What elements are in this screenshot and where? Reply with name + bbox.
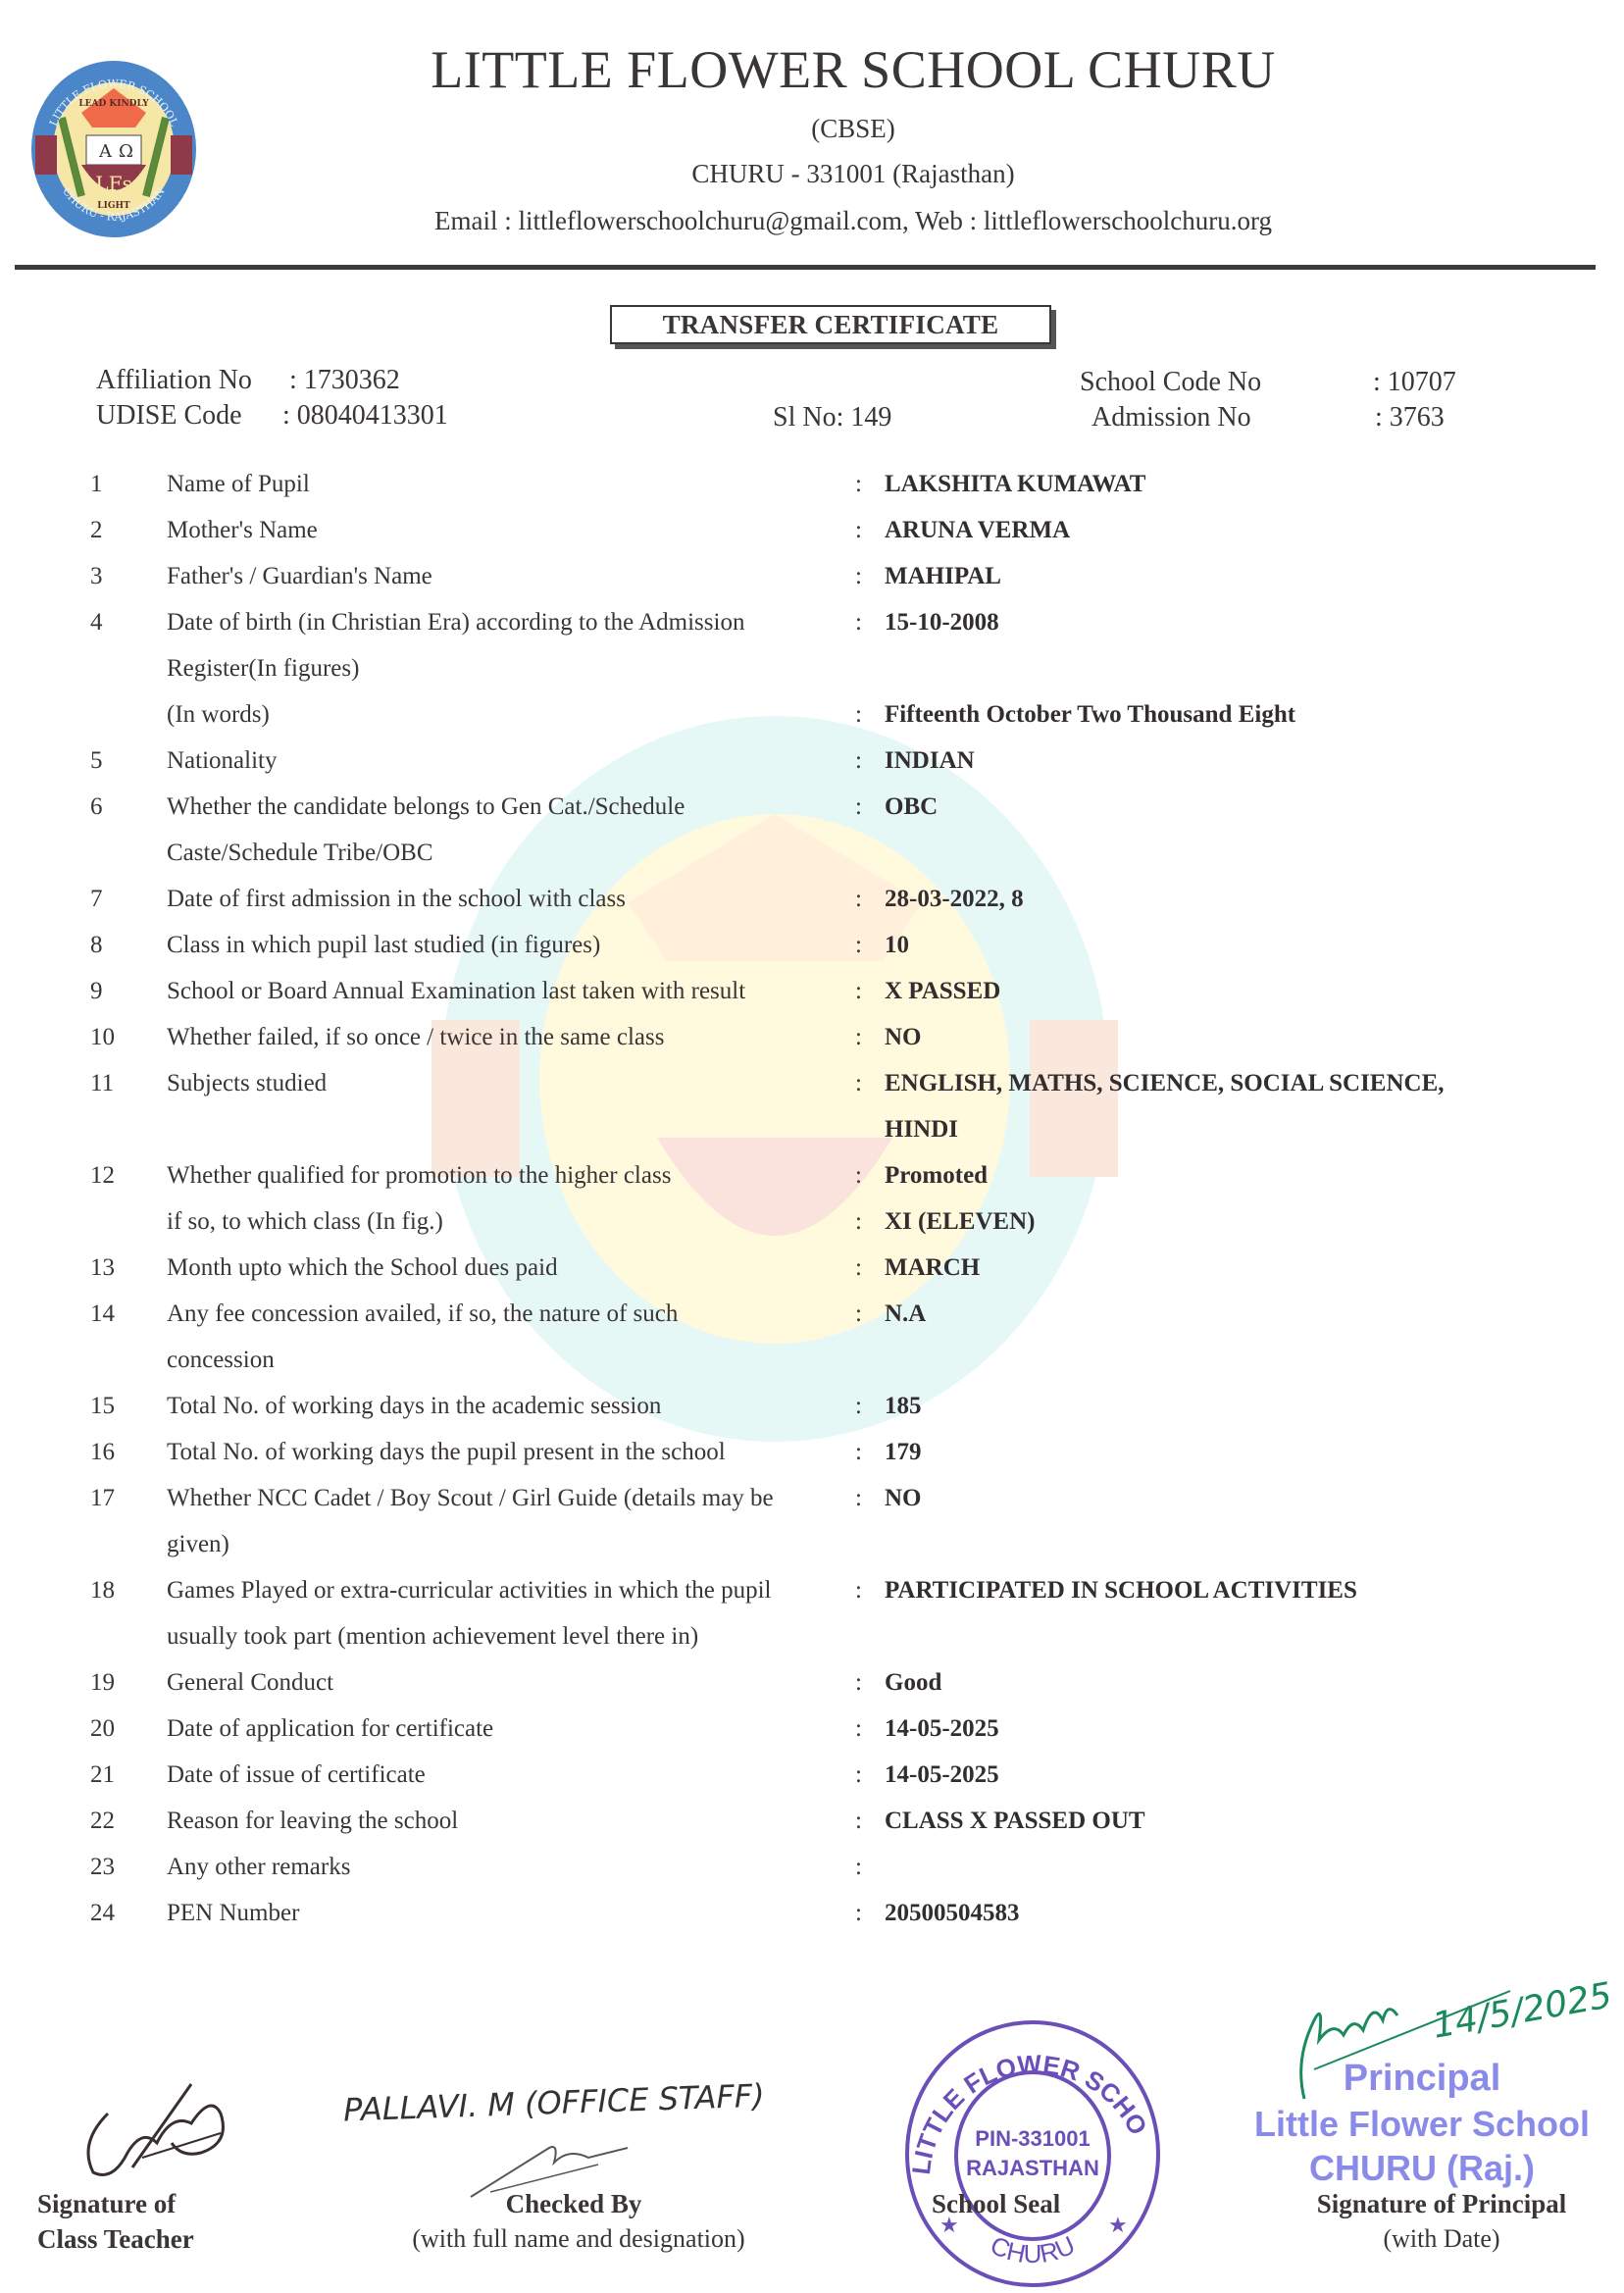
- field-label-continuation: Register(In figures): [167, 655, 873, 683]
- field-label: Games Played or extra-curricular activit…: [167, 1577, 873, 1605]
- field-value: ARUNA VERMA: [885, 517, 1551, 544]
- field-label: Any fee concession availed, if so, the n…: [167, 1300, 873, 1328]
- field-separator: :: [855, 932, 862, 959]
- field-separator: :: [855, 1162, 862, 1190]
- field-label: Nationality: [167, 747, 873, 775]
- field-row-continuation: Register(In figures): [90, 655, 1542, 701]
- field-number: 7: [90, 886, 149, 913]
- field-value: CLASS X PASSED OUT: [885, 1808, 1551, 1835]
- field-number: 14: [90, 1300, 149, 1328]
- svg-text:LITTLE FLOWER SCHOOL: LITTLE FLOWER SCHOOL: [900, 2018, 1153, 2176]
- field-number: 8: [90, 932, 149, 959]
- field-row: 24PEN Number:20500504583: [90, 1900, 1542, 1946]
- field-label-continuation: given): [167, 1531, 873, 1558]
- field-row: 19General Conduct:Good: [90, 1669, 1542, 1715]
- field-number: 2: [90, 517, 149, 544]
- field-number: 24: [90, 1900, 149, 1927]
- field-separator: :: [855, 1208, 862, 1236]
- field-value: 10: [885, 932, 1551, 959]
- principal-stamp-school: Little Flower School: [1241, 2104, 1603, 2145]
- field-row: 21Date of issue of certificate:14-05-202…: [90, 1761, 1542, 1808]
- field-row-continuation: usually took part (mention achievement l…: [90, 1623, 1542, 1669]
- field-label: Whether NCC Cadet / Boy Scout / Girl Gui…: [167, 1485, 873, 1512]
- field-value: MAHIPAL: [885, 563, 1551, 590]
- field-label: Date of birth (in Christian Era) accordi…: [167, 609, 873, 637]
- field-value: X PASSED: [885, 978, 1551, 1005]
- field-value: 14-05-2025: [885, 1761, 1551, 1789]
- school-contact: Email : littleflowerschoolchuru@gmail.co…: [0, 206, 1624, 236]
- field-value: PARTICIPATED IN SCHOOL ACTIVITIES: [885, 1577, 1551, 1605]
- field-number: 9: [90, 978, 149, 1005]
- field-separator: :: [855, 1854, 862, 1881]
- field-row: if so, to which class (In fig.):XI (ELEV…: [90, 1208, 1542, 1254]
- class-teacher-label-2: Class Teacher: [37, 2224, 194, 2255]
- field-label: Total No. of working days in the academi…: [167, 1393, 873, 1420]
- field-label: Whether failed, if so once / twice in th…: [167, 1024, 873, 1051]
- field-row: 22Reason for leaving the school:CLASS X …: [90, 1808, 1542, 1854]
- field-row: 11Subjects studied:ENGLISH, MATHS, SCIEN…: [90, 1070, 1542, 1116]
- field-value: 14-05-2025: [885, 1715, 1551, 1743]
- field-label: Date of first admission in the school wi…: [167, 886, 873, 913]
- field-label: Date of issue of certificate: [167, 1761, 873, 1789]
- field-label: Class in which pupil last studied (in fi…: [167, 932, 873, 959]
- svg-text:CHURU: CHURU: [986, 2230, 1079, 2268]
- field-row: 14Any fee concession availed, if so, the…: [90, 1300, 1542, 1347]
- field-value: NO: [885, 1024, 1551, 1051]
- field-label: School or Board Annual Examination last …: [167, 978, 873, 1005]
- field-value: 15-10-2008: [885, 609, 1551, 637]
- field-value: MARCH: [885, 1254, 1551, 1282]
- udise-value: : 08040413301: [282, 400, 448, 432]
- field-label-continuation: usually took part (mention achievement l…: [167, 1623, 873, 1651]
- field-row: 2Mother's Name:ARUNA VERMA: [90, 517, 1542, 563]
- field-row: 17Whether NCC Cadet / Boy Scout / Girl G…: [90, 1485, 1542, 1531]
- field-value: OBC: [885, 793, 1551, 821]
- field-separator: :: [855, 701, 862, 729]
- field-row: 3Father's / Guardian's Name:MAHIPAL: [90, 563, 1542, 609]
- field-number: 15: [90, 1393, 149, 1420]
- field-value: N.A: [885, 1300, 1551, 1328]
- field-row: 18Games Played or extra-curricular activ…: [90, 1577, 1542, 1623]
- class-teacher-signature: [74, 2074, 240, 2182]
- principal-stamp-city: CHURU (Raj.): [1275, 2148, 1569, 2189]
- field-label: Mother's Name: [167, 517, 873, 544]
- field-row: 4Date of birth (in Christian Era) accord…: [90, 609, 1542, 655]
- field-label: Reason for leaving the school: [167, 1808, 873, 1835]
- field-value: INDIAN: [885, 747, 1551, 775]
- field-separator: :: [855, 563, 862, 590]
- field-separator: :: [855, 1761, 862, 1789]
- field-separator: :: [855, 1577, 862, 1605]
- field-row: 9School or Board Annual Examination last…: [90, 978, 1542, 1024]
- field-label: Any other remarks: [167, 1854, 873, 1881]
- school-code-value: : 10707: [1373, 367, 1456, 398]
- certificate-fields: 1Name of Pupil:LAKSHITA KUMAWAT2Mother's…: [90, 471, 1542, 1946]
- principal-subtitle: (with Date): [1294, 2224, 1589, 2254]
- field-separator: :: [855, 1485, 862, 1512]
- field-separator: :: [855, 1900, 862, 1927]
- school-code-label: School Code No: [1080, 367, 1261, 398]
- field-row: 7Date of first admission in the school w…: [90, 886, 1542, 932]
- field-separator: :: [855, 978, 862, 1005]
- school-seal: LITTLE FLOWER SCHOOL CHURU PIN-331001 RA…: [900, 2018, 1165, 2289]
- field-number: 12: [90, 1162, 149, 1190]
- field-number: 13: [90, 1254, 149, 1282]
- field-separator: :: [855, 1254, 862, 1282]
- checked-by-label: Checked By: [392, 2189, 755, 2219]
- field-value: LAKSHITA KUMAWAT: [885, 471, 1551, 498]
- affiliation-value: : 1730362: [289, 365, 400, 396]
- class-teacher-label-1: Signature of: [37, 2189, 176, 2219]
- checked-by-name: PALLAVI. M (OFFICE STAFF): [342, 2077, 765, 2129]
- svg-text:LEAD KINDLY: LEAD KINDLY: [78, 99, 149, 109]
- field-number: 4: [90, 609, 149, 637]
- field-separator: :: [855, 609, 862, 637]
- field-label-continuation: concession: [167, 1347, 873, 1374]
- principal-label: Signature of Principal: [1294, 2189, 1589, 2219]
- field-row-continuation: given): [90, 1531, 1542, 1577]
- field-label: General Conduct: [167, 1669, 873, 1697]
- field-label: Date of application for certificate: [167, 1715, 873, 1743]
- field-row: 20Date of application for certificate:14…: [90, 1715, 1542, 1761]
- field-number: 1: [90, 471, 149, 498]
- svg-text:PIN-331001: PIN-331001: [975, 2126, 1090, 2151]
- field-value: NO: [885, 1485, 1551, 1512]
- school-address: CHURU - 331001 (Rajasthan): [0, 159, 1624, 189]
- field-label: Father's / Guardian's Name: [167, 563, 873, 590]
- field-number: 18: [90, 1577, 149, 1605]
- field-row: 8Class in which pupil last studied (in f…: [90, 932, 1542, 978]
- field-row: 16Total No. of working days the pupil pr…: [90, 1439, 1542, 1485]
- field-separator: :: [855, 517, 862, 544]
- header-divider: [15, 265, 1596, 270]
- certificate-title: TRANSFER CERTIFICATE: [610, 305, 1051, 344]
- field-separator: :: [855, 471, 862, 498]
- svg-text:RAJASTHAN: RAJASTHAN: [966, 2156, 1099, 2180]
- field-number: 3: [90, 563, 149, 590]
- field-row: 15Total No. of working days in the acade…: [90, 1393, 1542, 1439]
- field-separator: :: [855, 1393, 862, 1420]
- field-row-continuation: concession: [90, 1347, 1542, 1393]
- field-value: ENGLISH, MATHS, SCIENCE, SOCIAL SCIENCE,: [885, 1070, 1551, 1097]
- handwritten-signature-icon: [74, 2074, 240, 2182]
- field-number: 5: [90, 747, 149, 775]
- field-label: Total No. of working days the pupil pres…: [167, 1439, 873, 1466]
- field-value: 28-03-2022, 8: [885, 886, 1551, 913]
- field-value: Good: [885, 1669, 1551, 1697]
- field-row: 6Whether the candidate belongs to Gen Ca…: [90, 793, 1542, 840]
- affiliation-label: Affiliation No: [96, 365, 252, 396]
- field-value: 185: [885, 1393, 1551, 1420]
- field-separator: :: [855, 886, 862, 913]
- field-label: Whether the candidate belongs to Gen Cat…: [167, 793, 873, 821]
- field-label: Whether qualified for promotion to the h…: [167, 1162, 873, 1190]
- field-separator: :: [855, 1024, 862, 1051]
- svg-text:★: ★: [1108, 2213, 1128, 2237]
- field-row: 1Name of Pupil:LAKSHITA KUMAWAT: [90, 471, 1542, 517]
- field-separator: :: [855, 1669, 862, 1697]
- field-row-continuation: HINDI: [90, 1116, 1542, 1162]
- field-row: 5Nationality:INDIAN: [90, 747, 1542, 793]
- field-row: 13Month upto which the School dues paid:…: [90, 1254, 1542, 1300]
- field-label: PEN Number: [167, 1900, 873, 1927]
- principal-stamp-title: Principal: [1275, 2058, 1569, 2100]
- field-number: 20: [90, 1715, 149, 1743]
- field-number: 22: [90, 1808, 149, 1835]
- field-separator: :: [855, 747, 862, 775]
- field-row: 23Any other remarks:: [90, 1854, 1542, 1900]
- field-separator: :: [855, 1300, 862, 1328]
- field-label: Name of Pupil: [167, 471, 873, 498]
- field-row: (In words):Fifteenth October Two Thousan…: [90, 701, 1542, 747]
- field-value: 20500504583: [885, 1900, 1551, 1927]
- field-label: if so, to which class (In fig.): [167, 1208, 873, 1236]
- field-value: XI (ELEVEN): [885, 1208, 1551, 1236]
- field-value: Fifteenth October Two Thousand Eight: [885, 701, 1551, 729]
- checked-by-subtitle: (with full name and designation): [373, 2224, 785, 2254]
- field-value: 179: [885, 1439, 1551, 1466]
- school-name: LITTLE FLOWER SCHOOL CHURU: [0, 39, 1624, 100]
- school-seal-stamp-icon: LITTLE FLOWER SCHOOL CHURU PIN-331001 RA…: [900, 2018, 1165, 2289]
- field-row-continuation: Caste/Schedule Tribe/OBC: [90, 840, 1542, 886]
- field-number: 23: [90, 1854, 149, 1881]
- field-separator: :: [855, 1715, 862, 1743]
- field-number: 11: [90, 1070, 149, 1097]
- admission-value: : 3763: [1375, 402, 1445, 433]
- field-label: (In words): [167, 701, 873, 729]
- field-separator: :: [855, 1808, 862, 1835]
- field-separator: :: [855, 1070, 862, 1097]
- field-number: 17: [90, 1485, 149, 1512]
- field-label-continuation: Caste/Schedule Tribe/OBC: [167, 840, 873, 867]
- field-separator: :: [855, 793, 862, 821]
- field-number: 6: [90, 793, 149, 821]
- udise-label: UDISE Code: [96, 400, 242, 432]
- field-number: 16: [90, 1439, 149, 1466]
- school-seal-label: School Seal: [932, 2189, 1060, 2219]
- field-number: 10: [90, 1024, 149, 1051]
- board-affiliation: (CBSE): [0, 114, 1624, 144]
- admission-label: Admission No: [1091, 402, 1251, 433]
- field-label: Subjects studied: [167, 1070, 873, 1097]
- field-value-continuation: HINDI: [885, 1116, 1551, 1144]
- field-label: Month upto which the School dues paid: [167, 1254, 873, 1282]
- field-number: 19: [90, 1669, 149, 1697]
- serial-number: Sl No: 149: [773, 402, 891, 433]
- field-row: 10Whether failed, if so once / twice in …: [90, 1024, 1542, 1070]
- field-row: 12Whether qualified for promotion to the…: [90, 1162, 1542, 1208]
- field-separator: :: [855, 1439, 862, 1466]
- field-value: Promoted: [885, 1162, 1551, 1190]
- field-number: 21: [90, 1761, 149, 1789]
